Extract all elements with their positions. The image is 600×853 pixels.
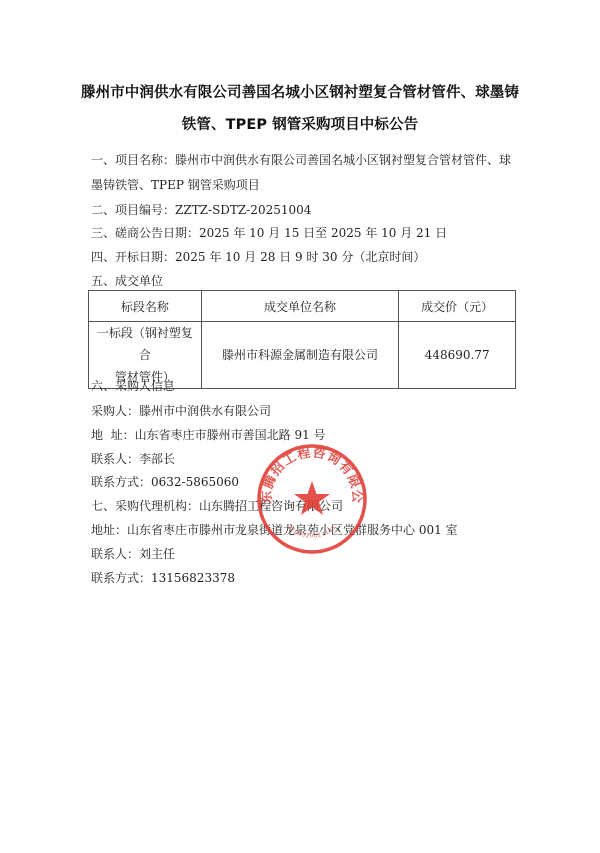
purchaser-address: 地 址：山东省枣庄市滕州市善国北路 91 号 [91,426,326,443]
cell-price: 448690.77 [399,322,516,389]
winner-heading: 五、成交单位 [91,272,163,289]
lot-line1: 一标段（钢衬塑复合 [93,322,197,366]
cell-company: 滕州市科源金属制造有限公司 [201,322,399,389]
agency-heading: 七、采购代理机构：山东腾招工程咨询有限公司 [91,497,343,514]
header-price: 成交价（元） [399,291,516,322]
project-name-line2: 墨铸铁管、TPEP 钢管采购项目 [91,176,260,193]
opening-date: 四、开标日期：2025 年 10 月 28 日 9 时 30 分（北京时间） [91,248,425,265]
svg-text:山东腾招工程咨询有限公司: 山东腾招工程咨询有限公司 [256,443,364,504]
announcement-title-line2: 铁管、TPEP 钢管采购项目中标公告 [60,113,540,134]
header-company: 成交单位名称 [201,291,399,322]
table-header-row: 标段名称 成交单位名称 成交价（元） [89,291,516,322]
purchaser-phone: 联系方式：0632-5865060 [91,473,239,490]
project-name-line1: 一、项目名称：滕州市中润供水有限公司善国名城小区钢衬塑复合管材管件、球 [91,151,511,168]
purchaser-heading: 六、采购人信息 [91,377,175,394]
announcement-title-line1: 滕州市中润供水有限公司善国名城小区钢衬塑复合管材管件、球墨铸 [60,81,540,102]
project-number: 二、项目编号：ZZTZ-SDTZ-20251004 [91,201,311,218]
purchaser-contact: 联系人：李部长 [91,450,175,467]
agency-phone: 联系方式：13156823378 [91,569,235,586]
agency-contact: 联系人：刘主任 [91,545,175,562]
stamp-text: 山东腾招工程咨询有限公司 [256,443,364,504]
winner-table: 标段名称 成交单位名称 成交价（元） 一标段（钢衬塑复合 管材管件） 滕州市科源… [88,290,516,389]
purchaser-name: 采购人：滕州市中润供水有限公司 [91,402,271,419]
agency-address: 地址：山东省枣庄市滕州市龙泉街道龙泉苑小区党群服务中心 001 室 [91,521,458,538]
notice-date: 三、磋商公告日期：2025 年 10 月 15 日至 2025 年 10 月 2… [91,224,447,241]
header-lot: 标段名称 [89,291,202,322]
